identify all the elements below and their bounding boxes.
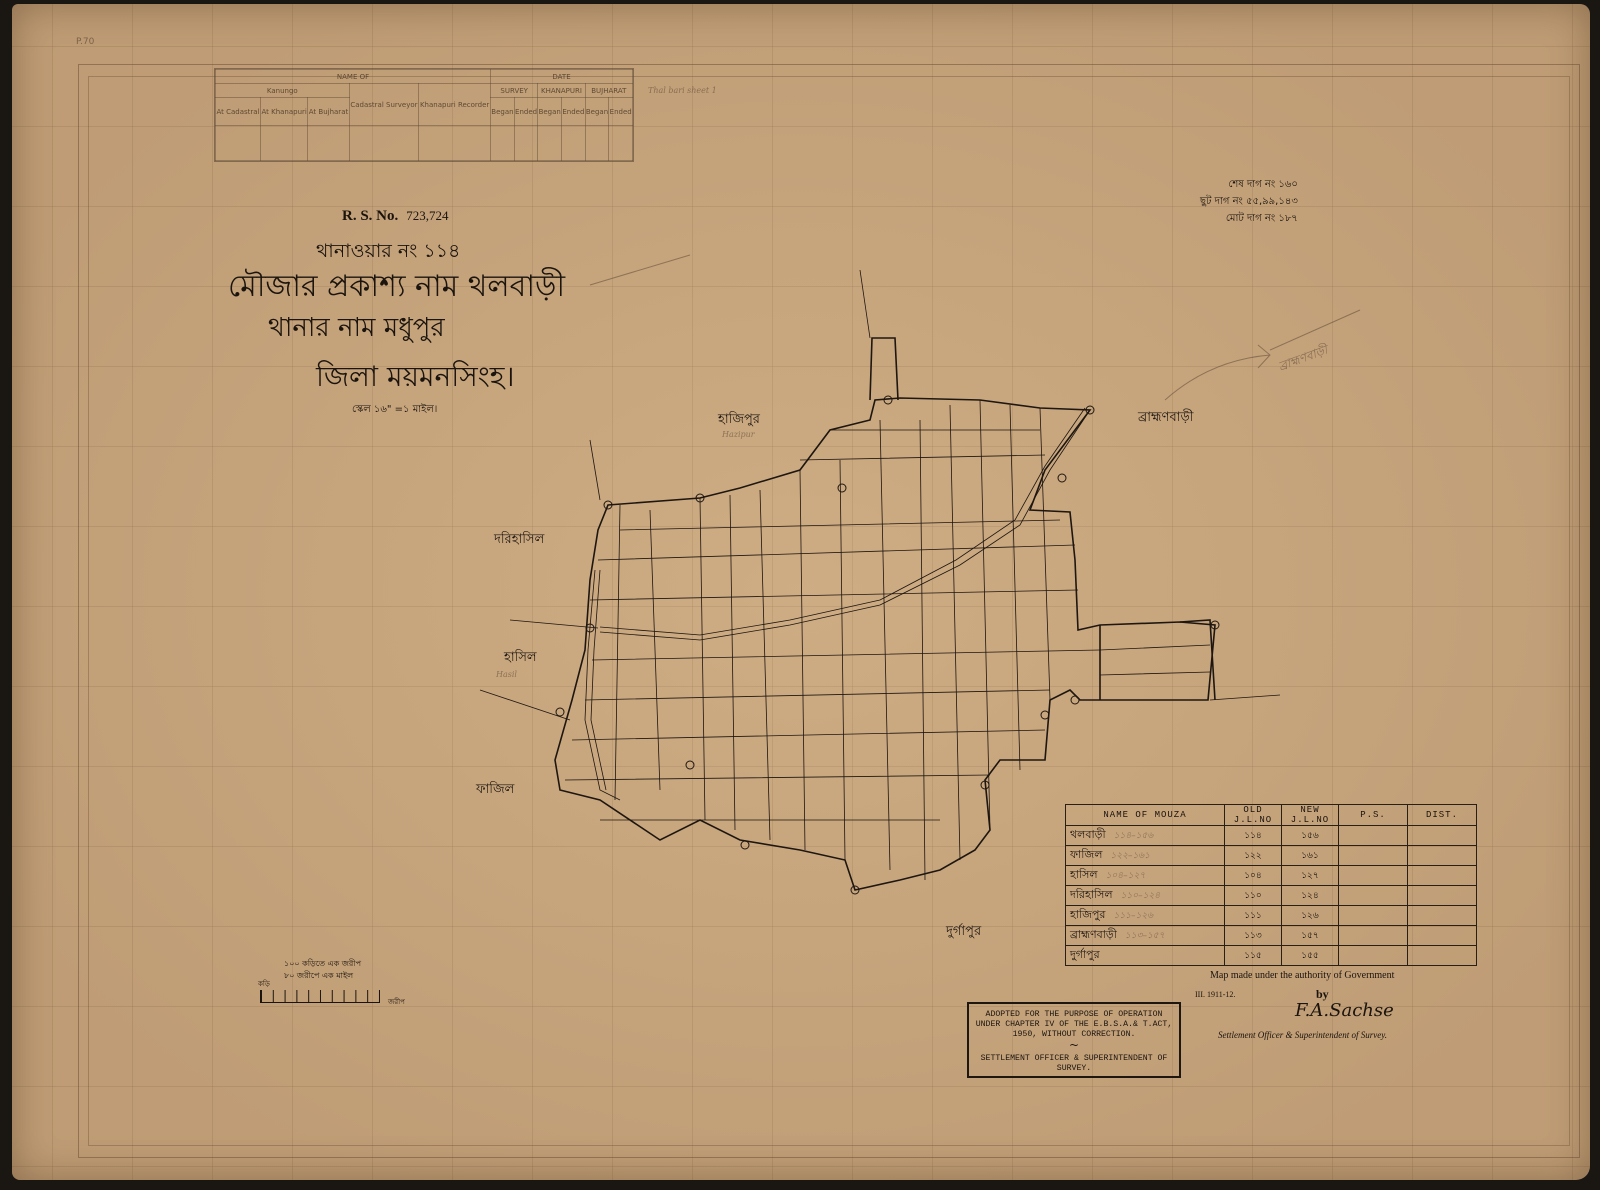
stamp-signature: ~ — [969, 1040, 1179, 1054]
table-row: ফাজিল১২২–১৬১১২২১৬১ — [1066, 846, 1477, 866]
scale-right-label: জরীপ — [388, 996, 405, 1008]
mouza-table: NAME OF MOUZA OLD J.L.NO NEW J.L.NO P.S.… — [1065, 804, 1477, 966]
scale-bar — [260, 990, 380, 1003]
neighbour-darihasil: দরিহাসিল — [494, 530, 544, 551]
neighbour-hasil: হাসিল — [504, 648, 537, 669]
table-row: ব্রাহ্মণবাড়ী১১৩–১৫৭১১৩১৫৭ — [1066, 926, 1477, 946]
neighbour-durgapur: দুর্গাপুর — [946, 922, 981, 943]
table-row: হাসিল১০৪–১২৭১০৪১২৭ — [1066, 866, 1477, 886]
table-row: থলবাড়ী১১৪–১৫৬১১৪১৫৬ — [1066, 826, 1477, 846]
neighbour-hazipur: হাজিপুর — [718, 410, 760, 431]
neighbour-brahmanbari: ব্রাহ্মণবাড়ী — [1138, 408, 1193, 429]
pencil-hazipur: Hazipur — [722, 430, 755, 439]
survey-year: III. 1911-12. — [1195, 990, 1235, 999]
officer-title: Settlement Officer & Superintendent of S… — [1218, 1030, 1387, 1040]
table-row: দুর্গাপুর১১৫১৫৫ — [1066, 946, 1477, 966]
table-row: দরিহাসিল১১০–১২৪১১০১২৪ — [1066, 886, 1477, 906]
table-row: হাজিপুর১১১–১২৬১১১১২৬ — [1066, 906, 1477, 926]
scale-left-label: কড়ি — [258, 978, 270, 990]
neighbour-fazil: ফাজিল — [476, 780, 514, 801]
adoption-stamp: ADOPTED FOR THE PURPOSE OF OPERATION UND… — [967, 1002, 1181, 1078]
scale-legend: ১০০ কড়িতে এক জরীপ ৮০ জরীপে এক মাইল — [284, 958, 361, 982]
authority-text: Map made under the authority of Governme… — [1210, 970, 1394, 981]
pencil-hasil: Hasil — [496, 670, 517, 679]
officer-signature: F.A.Sachse — [1295, 1000, 1394, 1021]
